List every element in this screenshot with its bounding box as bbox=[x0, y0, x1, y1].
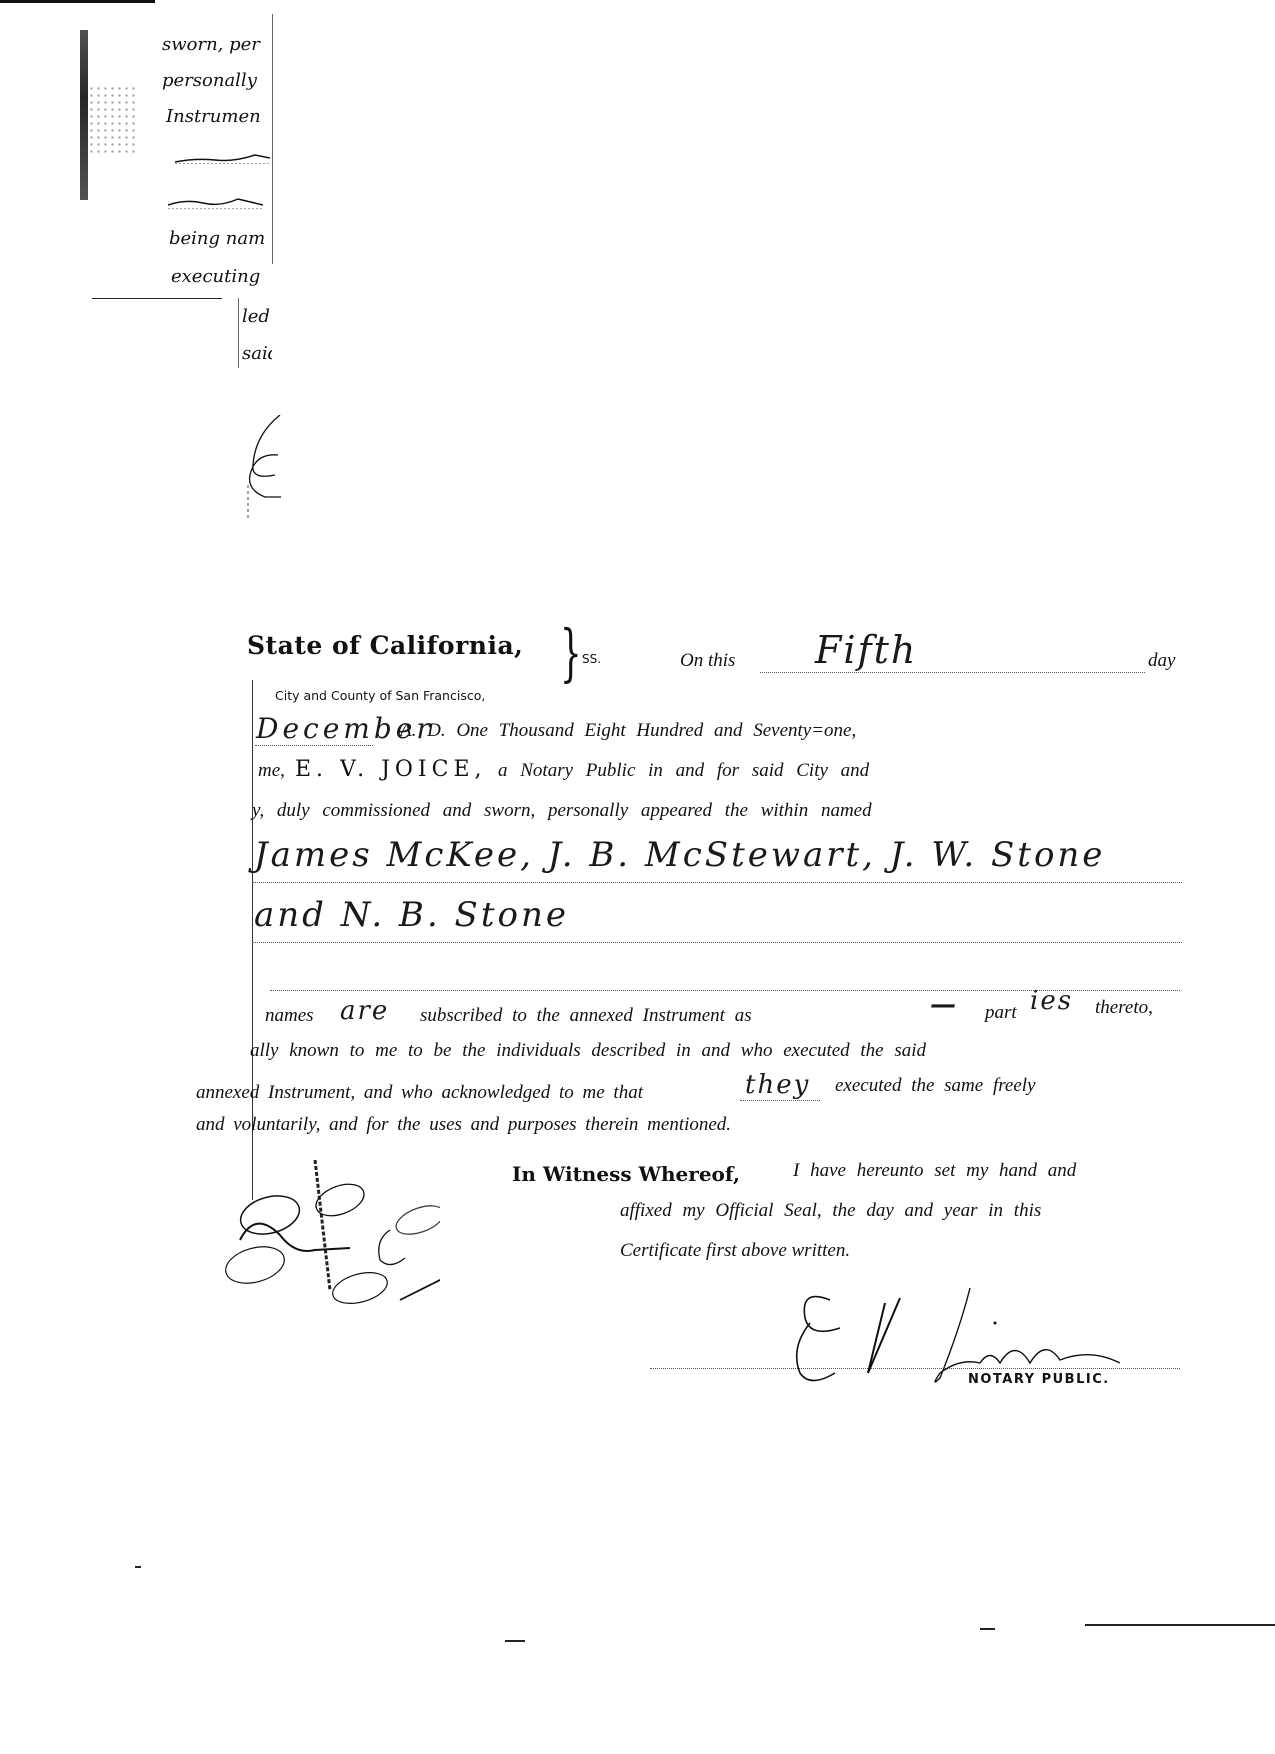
fragment-border bbox=[272, 14, 273, 264]
parties-line-1 bbox=[252, 882, 1182, 883]
subscribed-prefix: names bbox=[265, 1005, 314, 1027]
scan-smudge bbox=[80, 30, 88, 200]
year-text: A. D. One Thousand Eight Hundred and Sev… bbox=[400, 720, 856, 742]
named-parties-2: and N. B. Stone bbox=[254, 895, 569, 935]
on-this-label: On this bbox=[680, 650, 735, 672]
scan-artifact-dash bbox=[980, 1628, 995, 1630]
subscribed-verb: are bbox=[340, 996, 389, 1026]
party-dash: — bbox=[930, 990, 958, 1020]
blank-flourish bbox=[175, 150, 270, 164]
witness-line-2: affixed my Official Seal, the day and ye… bbox=[620, 1200, 1041, 1222]
witness-line-1: I have hereunto set my hand and bbox=[793, 1160, 1076, 1182]
day-value: Fifth bbox=[815, 628, 917, 672]
before-prefix: me, bbox=[258, 760, 285, 782]
fragment-line: sworn, per bbox=[162, 34, 260, 55]
seal-flourish-icon bbox=[220, 1160, 440, 1320]
fragment-line: being nam bbox=[169, 228, 265, 249]
party-word: part bbox=[985, 1002, 1017, 1024]
known-clause: ally known to me to be the individuals d… bbox=[250, 1040, 926, 1062]
blank-flourish bbox=[168, 195, 263, 209]
fragment-handwriting bbox=[245, 415, 285, 525]
scan-artifact-dash bbox=[505, 1640, 525, 1642]
subscribed-text: subscribed to the annexed Instrument as bbox=[420, 1005, 752, 1027]
subject-field-line bbox=[740, 1100, 820, 1101]
fragment-line: Instrumen bbox=[166, 106, 261, 127]
acknowledged-suffix: executed the same freely bbox=[835, 1075, 1036, 1097]
witness-line-3: Certificate first above written. bbox=[620, 1240, 850, 1262]
notary-name: E. V. JOICE, bbox=[295, 757, 487, 782]
county-heading: City and County of San Francisco, bbox=[275, 688, 485, 703]
acknowledged-prefix: annexed Instrument, and who acknowledged… bbox=[196, 1082, 643, 1104]
notary-title: NOTARY PUBLIC. bbox=[968, 1372, 1110, 1387]
fragment-line: personally bbox=[162, 70, 257, 91]
scan-artifact-line bbox=[1085, 1624, 1275, 1626]
scan-artifact-dash bbox=[135, 1566, 141, 1568]
scan-edge-bar bbox=[0, 0, 155, 3]
fragment-border bbox=[238, 298, 239, 368]
brace-icon: } bbox=[560, 622, 582, 684]
fragment-rule bbox=[92, 298, 222, 299]
named-parties-1: James McKee, J. B. McStewart, J. W. Ston… bbox=[254, 835, 1105, 875]
commission-clause: y, duly commissioned and sworn, personal… bbox=[252, 800, 872, 822]
thereto-label: thereto, bbox=[1095, 997, 1153, 1019]
acknowledged-subject: they bbox=[745, 1070, 810, 1100]
fragment-line: ledg bbox=[242, 306, 270, 327]
purpose-clause: and voluntarily, and for the uses and pu… bbox=[196, 1114, 731, 1136]
fragment-line: executing bbox=[171, 266, 260, 287]
day-field-line bbox=[760, 672, 1145, 673]
fragment-line: said bbox=[242, 343, 272, 364]
month-field-line bbox=[255, 745, 373, 746]
ss-label: SS. bbox=[582, 652, 601, 666]
parties-line-2 bbox=[252, 942, 1182, 943]
notary-clause: a Notary Public in and for said City and bbox=[498, 760, 869, 782]
state-heading: State of California, bbox=[247, 631, 523, 660]
witness-heading: In Witness Whereof, bbox=[512, 1162, 740, 1186]
day-label: day bbox=[1148, 650, 1175, 672]
scan-speckle bbox=[88, 85, 138, 155]
party-suffix: ies bbox=[1030, 986, 1073, 1016]
